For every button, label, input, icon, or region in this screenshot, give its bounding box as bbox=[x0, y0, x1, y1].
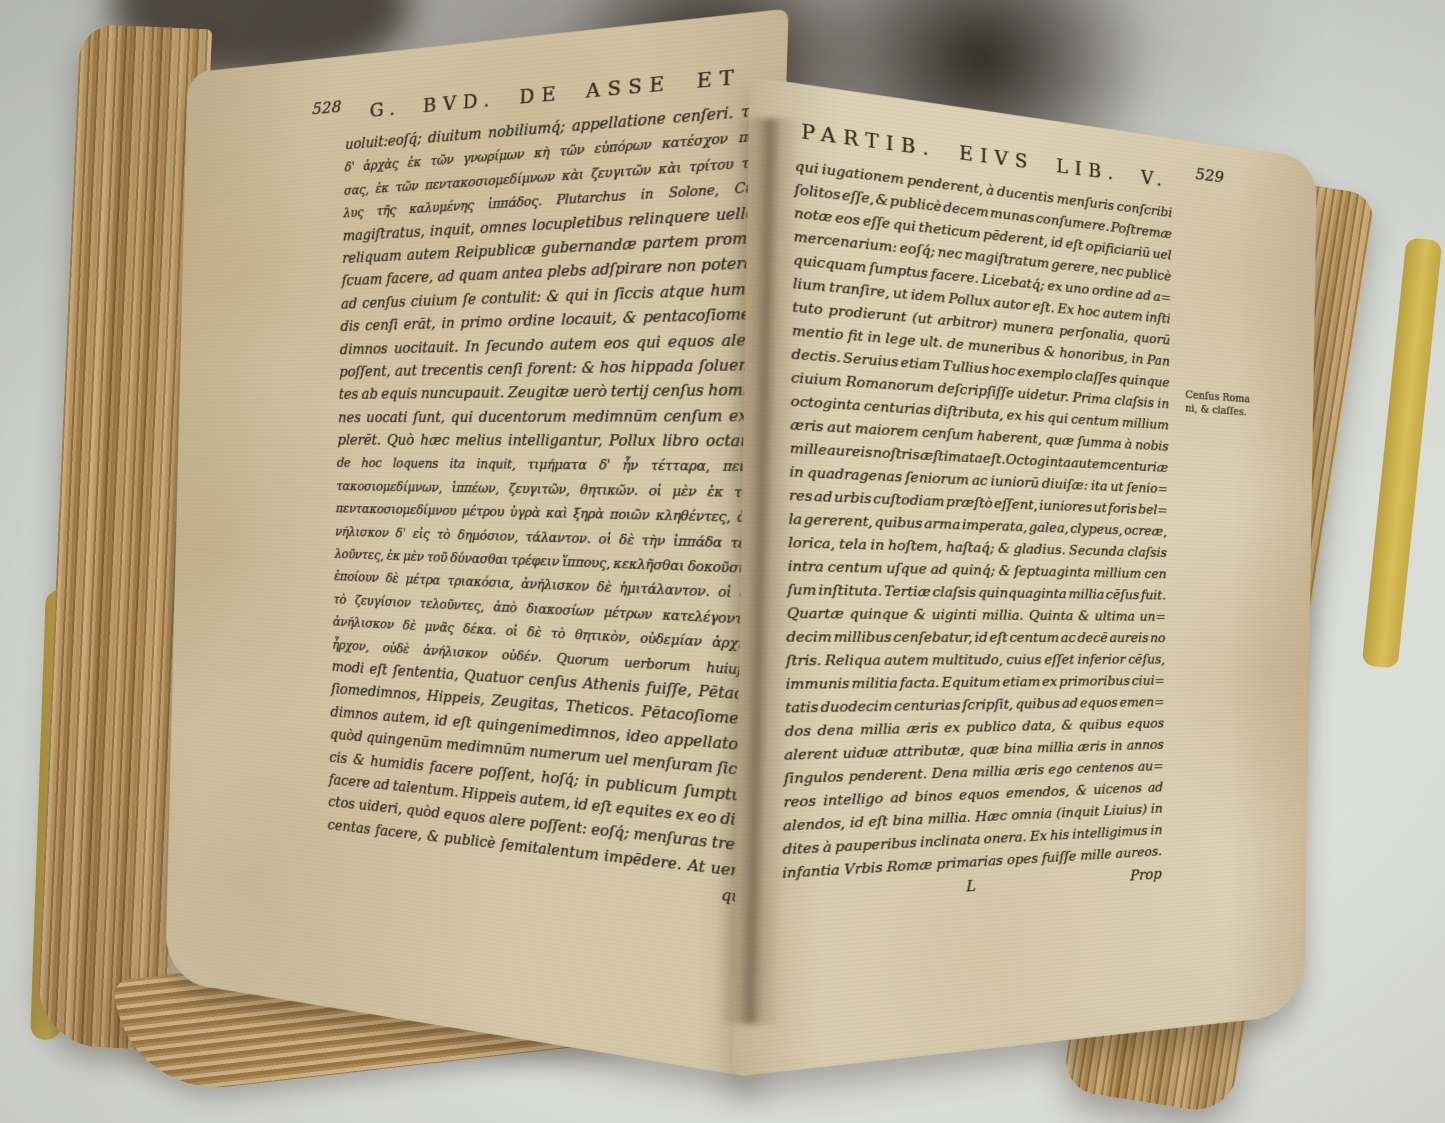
right-page: PARTIB. EIVS LIB. V. 529 quiiugationempe… bbox=[732, 76, 1317, 1077]
page-number-right: 529 bbox=[1195, 165, 1224, 188]
antique-book-photo: 528 G. BVD. DE ASSE ET uoluit:eoſq́;diui… bbox=[0, 0, 1445, 1123]
text-line: tesabequisnuncupauit.Zeugitæueròtertijce… bbox=[338, 382, 761, 410]
vellum-cover-right-sliver bbox=[1362, 237, 1443, 668]
margin-note: Cenſus Roma ni, & claſſes. bbox=[1185, 388, 1288, 422]
left-page-text: uoluit:eoſq́;diuitumnobiliumq́;appellati… bbox=[327, 102, 770, 889]
text-line: Quartæquinque&uigintimillia.Quinta&ultim… bbox=[787, 605, 1166, 630]
text-line: decimmillibuscenſebatur,ideſtcentumacdec… bbox=[786, 629, 1165, 653]
signature-mark: L bbox=[966, 879, 976, 896]
text-line: plerēt.Quòhæcmeliusintelligantur,Polluxl… bbox=[337, 433, 760, 459]
left-page: 528 G. BVD. DE ASSE ET uoluit:eoſq́;diui… bbox=[165, 8, 789, 1078]
text-line: ſtris.Reliquaautemmultitudo,cuiuseſſetin… bbox=[786, 652, 1165, 676]
page-number-left: 528 bbox=[312, 97, 341, 119]
right-page-text: quiiugationempenderent,àducentismenſuris… bbox=[782, 158, 1172, 889]
text-line: nesuocatiſunt,quiducentorummedimnūmcenſu… bbox=[338, 408, 761, 433]
catchword-right: Prop bbox=[1130, 867, 1162, 885]
